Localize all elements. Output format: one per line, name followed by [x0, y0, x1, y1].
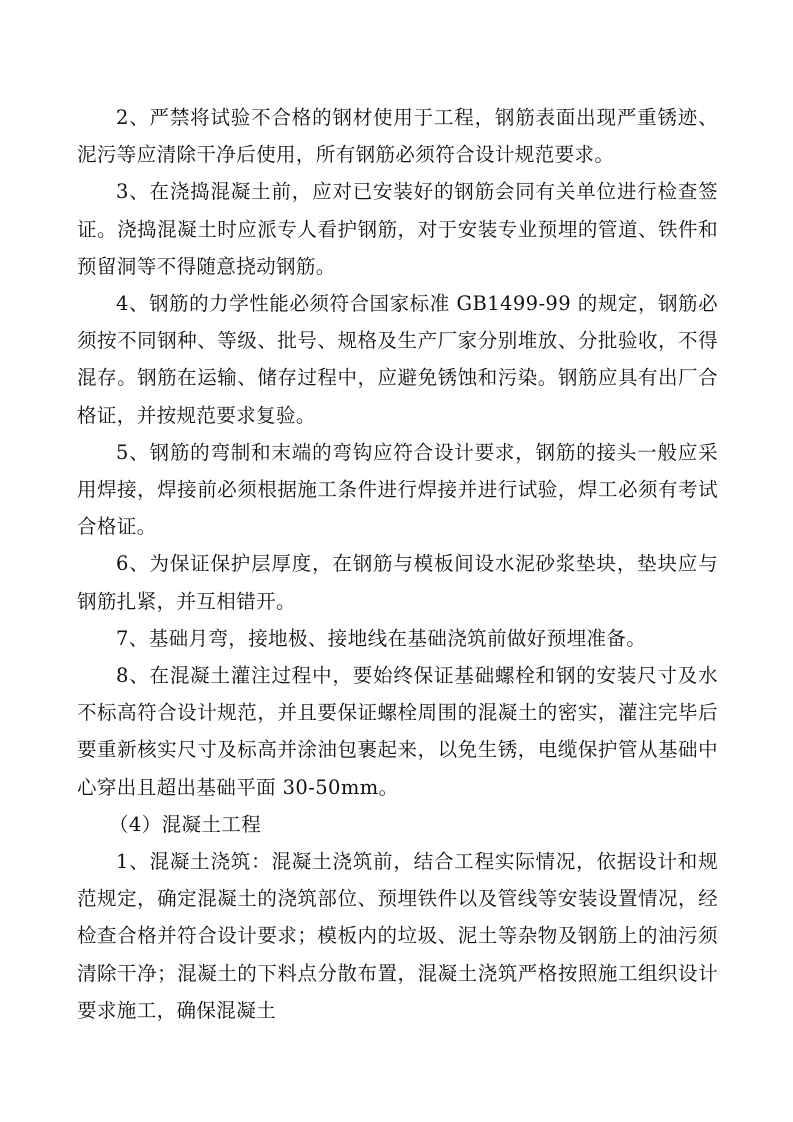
paragraph-rebar-item-4: 4、钢筋的力学性能必须符合国家标准 GB1499-99 的规定，钢筋必须按不同钢… — [77, 285, 718, 434]
paragraph-concrete-item-1: 1、混凝土浇筑：混凝土浇筑前，结合工程实际情况，依据设计和规范规定，确定混凝土的… — [77, 843, 718, 1029]
section-heading-concrete-works: （4）混凝土工程 — [77, 806, 718, 843]
paragraph-rebar-item-6: 6、为保证保护层厚度，在钢筋与模板间设水泥砂浆垫块，垫块应与钢筋扎紧，并互相错开… — [77, 545, 718, 619]
paragraph-rebar-item-3: 3、在浇捣混凝土前，应对已安装好的钢筋会同有关单位进行检查签证。浇捣混凝土时应派… — [77, 173, 718, 285]
document-page: 2、严禁将试验不合格的钢材使用于工程，钢筋表面出现严重锈迹、泥污等应清除干净后使… — [77, 99, 718, 1029]
paragraph-rebar-item-2: 2、严禁将试验不合格的钢材使用于工程，钢筋表面出现严重锈迹、泥污等应清除干净后使… — [77, 99, 718, 173]
paragraph-rebar-item-5: 5、钢筋的弯制和末端的弯钩应符合设计要求，钢筋的接头一般应采用焊接，焊接前必须根… — [77, 434, 718, 546]
paragraph-rebar-item-7: 7、基础月弯，接地极、接地线在基础浇筑前做好预埋准备。 — [77, 620, 718, 657]
paragraph-rebar-item-8: 8、在混凝土灌注过程中，要始终保证基础螺栓和钢的安装尺寸及水不标高符合设计规范，… — [77, 657, 718, 806]
